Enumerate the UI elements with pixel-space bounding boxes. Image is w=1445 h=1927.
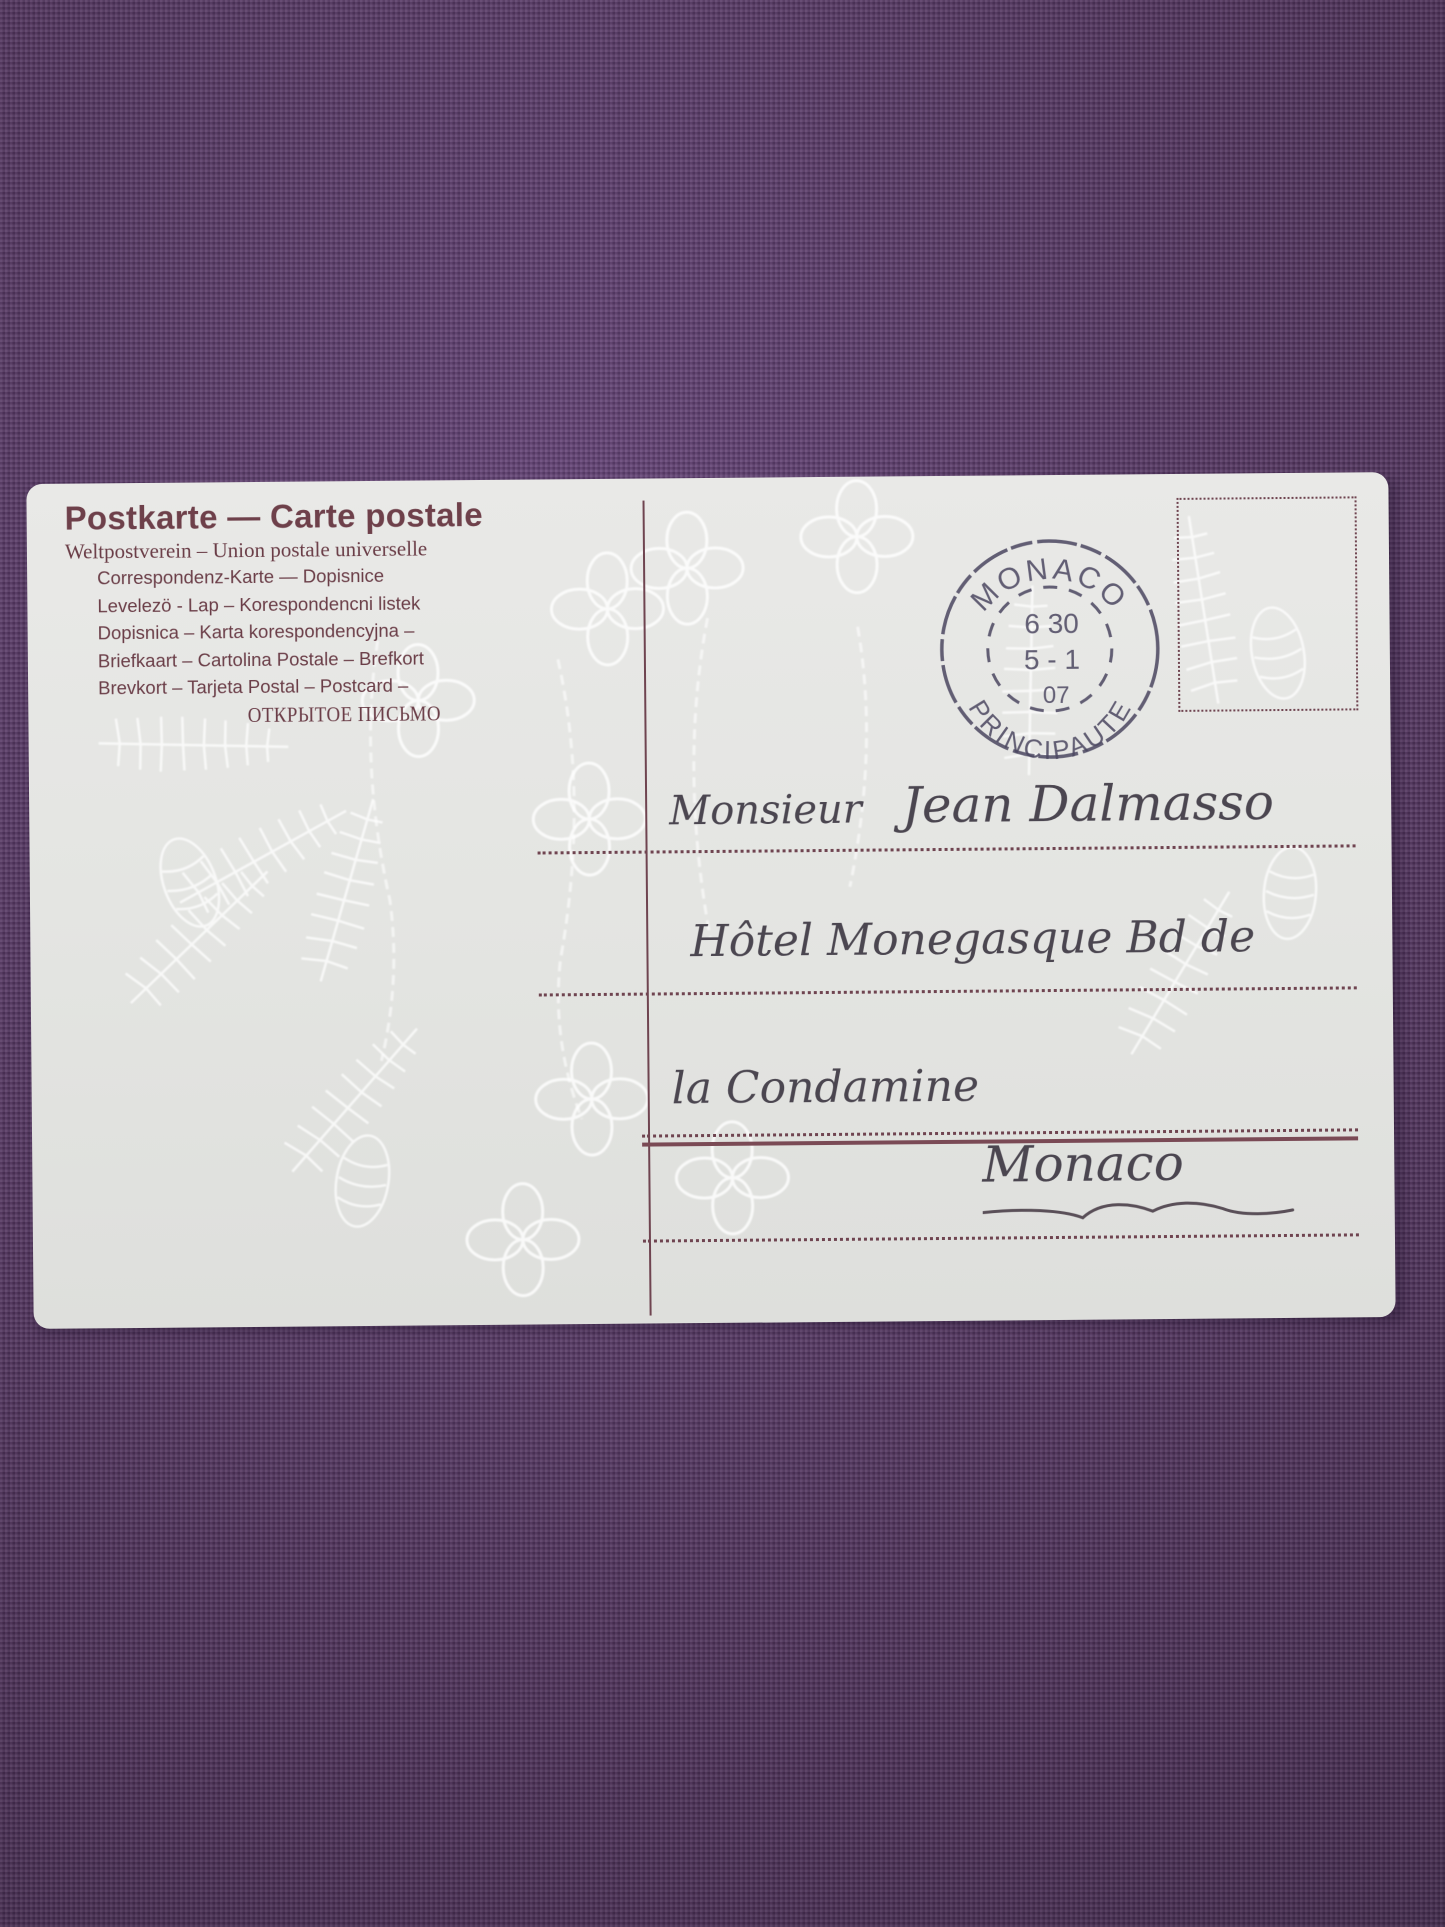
- header-line: Brevkort – Tarjeta Postal – Postcard –: [66, 670, 611, 702]
- stamp-box: [1177, 496, 1359, 712]
- recipient-name: Jean Dalmasso: [902, 773, 1275, 834]
- address-street: Hôtel Monegasque Bd de: [690, 911, 1255, 967]
- postcard: Postkarte — Carte postale Weltpostverein…: [26, 472, 1395, 1329]
- salutation: Monsieur: [669, 787, 862, 835]
- address-line-recipient: MonsieurJean Dalmasso: [669, 773, 1274, 836]
- postmark-year: 07: [1043, 682, 1070, 709]
- underline-flourish: [983, 1188, 1303, 1231]
- header-russian: ОТКРЫТОЕ ПИСЬМО: [99, 700, 590, 729]
- postmark-time: 6 30: [1024, 608, 1079, 639]
- address-district: la Condamine: [671, 1061, 979, 1115]
- printed-header: Postkarte — Carte postale Weltpostverein…: [64, 495, 611, 729]
- postmark: MONACO PRINCIPAUTE 6 30 5 - 1 07: [929, 528, 1171, 770]
- postmark-date: 5 - 1: [1024, 644, 1080, 675]
- address-city: Monaco: [982, 1134, 1184, 1194]
- card-title: Postkarte — Carte postale: [64, 495, 609, 538]
